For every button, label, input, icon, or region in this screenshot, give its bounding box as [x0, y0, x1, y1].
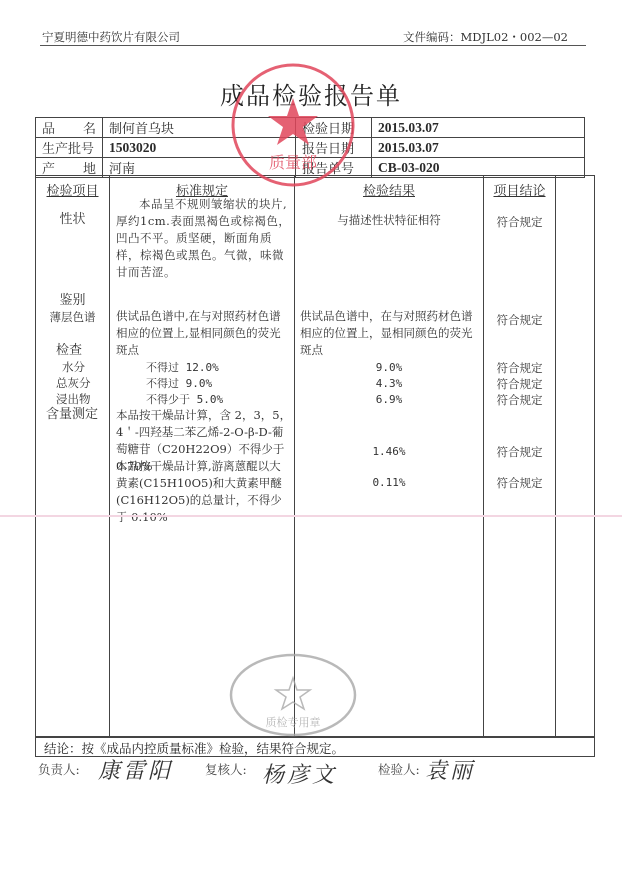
group-assay: 含量测定 — [46, 406, 98, 423]
inspect-date-value: 2015.03.07 — [372, 118, 585, 138]
standard-appearance: 本品呈不规则皱缩状的块片,厚约1cm.表面黑褐色或棕褐色，凹凸不平。质坚硬，断面… — [116, 196, 292, 281]
inspector-signature: 袁丽 — [425, 754, 475, 785]
item-moisture: 水分 — [62, 359, 85, 376]
result-appearance: 与描述性状特征相符 — [295, 212, 483, 229]
column-divider — [109, 175, 110, 737]
overall-conclusion: 结论：按《成品内控质量标准》检验，结果符合规定。 — [44, 739, 344, 757]
qc-seal-stamp: 质检专用章 — [228, 652, 358, 738]
responsible-signature: 康雷阳 — [98, 754, 173, 785]
item-tlc: 薄层色谱 — [36, 309, 109, 326]
item-appearance: 性状 — [36, 211, 109, 228]
result-extract: 6.9% — [295, 391, 483, 408]
result-assay-1: 1.46% — [295, 443, 483, 460]
result-moisture: 9.0% — [295, 359, 483, 376]
item-ash: 总灰分 — [56, 375, 91, 392]
document-code: 文件编码：MDJL02・002—02 — [403, 29, 568, 45]
column-header-conclusion: 项目结论 — [484, 180, 555, 199]
batch-label: 生产批号 — [36, 138, 103, 158]
conclusion-extract: 符合规定 — [484, 392, 555, 409]
conclusion-assay-2: 符合规定 — [484, 475, 555, 492]
group-identification: 鉴别 — [36, 292, 109, 309]
column-header-item: 检验项目 — [36, 180, 109, 199]
reviewer-signature: 杨彦文 — [262, 758, 337, 789]
reviewer-label: 复核人: — [205, 760, 247, 778]
conclusion-assay-1: 符合规定 — [484, 444, 555, 461]
column-divider — [555, 175, 556, 737]
standard-tlc: 供试品色谱中,在与对照药材色谱相应的位置上,显相同颜色的荧光斑点 — [116, 308, 292, 359]
product-name-label: 品名 — [36, 118, 103, 138]
inspector-label: 检验人: — [378, 760, 420, 778]
result-ash: 4.3% — [295, 375, 483, 392]
company-name: 宁夏明德中药饮片有限公司 — [42, 29, 180, 45]
conclusion-divider — [35, 737, 595, 738]
scan-artifact-line — [0, 515, 622, 517]
quality-department-stamp: 质量部 — [228, 60, 358, 190]
conclusion-appearance: 符合规定 — [484, 214, 555, 231]
label-char: 品 — [42, 118, 55, 137]
standard-extract: 不得少于 5.0% — [146, 391, 223, 408]
gray-stamp-text: 质检专用章 — [266, 715, 321, 729]
result-tlc: 供试品色谱中，在与对照药材色谱相应的位置上，显相同颜色的荧光斑点 — [300, 308, 480, 359]
report-date-value: 2015.03.07 — [372, 138, 585, 158]
red-stamp-text: 质量部 — [269, 153, 317, 172]
conclusion-ash: 符合规定 — [484, 376, 555, 393]
responsible-label: 负责人: — [38, 760, 80, 778]
standard-moisture: 不得过 12.0% — [146, 359, 219, 376]
conclusion-tlc: 符合规定 — [484, 312, 555, 329]
standard-ash: 不得过 9.0% — [146, 375, 212, 392]
header-divider — [40, 45, 586, 46]
label-char: 名 — [83, 118, 96, 137]
conclusion-moisture: 符合规定 — [484, 360, 555, 377]
group-check: 检查 — [56, 342, 82, 359]
result-assay-2: 0.11% — [295, 474, 483, 491]
